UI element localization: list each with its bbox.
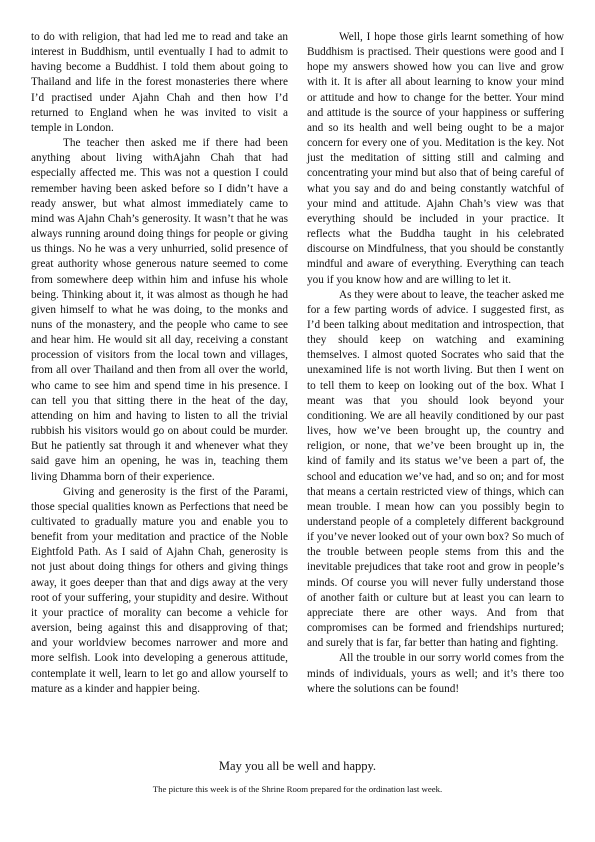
- closing-blessing: May you all be well and happy.: [0, 759, 595, 774]
- right-column: Well, I hope those girls learnt somethin…: [307, 30, 564, 697]
- left-column: to do with religion, that had led me to …: [31, 30, 288, 697]
- paragraph: The teacher then asked me if there had b…: [31, 136, 288, 485]
- paragraph: Well, I hope those girls learnt somethin…: [307, 30, 564, 288]
- paragraph: to do with religion, that had led me to …: [31, 30, 288, 136]
- paragraph: All the trouble in our sorry world comes…: [307, 651, 564, 696]
- paragraph: Giving and generosity is the first of th…: [31, 485, 288, 697]
- picture-caption: The picture this week is of the Shrine R…: [0, 784, 595, 794]
- paragraph: As they were about to leave, the teacher…: [307, 288, 564, 652]
